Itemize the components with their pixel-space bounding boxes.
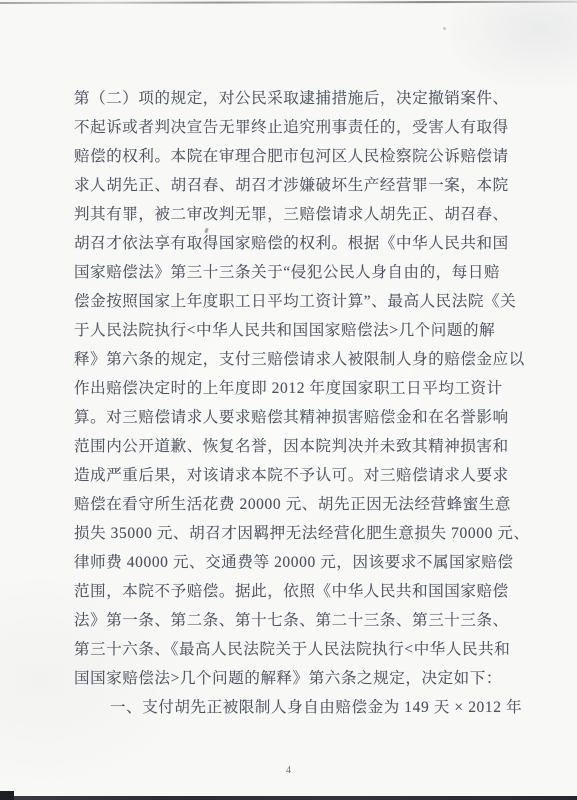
text-line: 判其有罪，被二审改判无罪，三赔偿请求人胡先正、胡召春、 <box>74 200 508 229</box>
text-line: 作出赔偿决定时的上年度即 2012 年度国家职工日平均工资计 <box>74 374 508 403</box>
text-line: 算。对三赔偿请求人要求赔偿其精神损害赔偿金和在名誉影响 <box>74 403 508 432</box>
text-line: 损失 35000 元、胡召才因羁押无法经营化肥生意损失 70000 元、 <box>74 519 508 548</box>
text-line: 赔偿的权利。本院在审理合肥市包河区人民检察院公诉赔偿请 <box>74 142 508 171</box>
page-number: 4 <box>0 765 577 776</box>
text-line: 律师费 40000 元、交通费等 20000 元，因该要求不属国家赔偿 <box>74 548 508 577</box>
document-body-text: 第（二）项的规定，对公民采取逮捕措施后，决定撤销案件、 不起诉或者判决宣告无罪终… <box>74 84 508 722</box>
text-line: 胡召才依法享有取得国家赔偿的权利。根据《中华人民共和国 <box>74 229 508 258</box>
text-line: 偿金按照国家上年度职工日平均工资计算”、最高人民法院《关 <box>74 287 508 316</box>
text-line: 造成严重后果，对该请求本院不予认可。对三赔偿请求人要求 <box>74 461 508 490</box>
scan-speck <box>443 27 446 30</box>
text-line: 不起诉或者判决宣告无罪终止追究刑事责任的，受害人有取得 <box>74 113 508 142</box>
text-line: 赔偿在看守所生活花费 20000 元、胡先正因无法经营蜂蜜生意 <box>74 490 508 519</box>
text-line: 第三十六条、《最高人民法院关于人民法院执行<中华人民共和 <box>74 635 508 664</box>
scan-corner-block <box>0 791 14 800</box>
text-line: 于人民法院执行<中华人民共和国国家赔偿法>几个问题的解 <box>74 316 508 345</box>
text-line: 释》第六条的规定，支付三赔偿请求人被限制人身的赔偿金应以 <box>74 345 508 374</box>
text-line-decision-item-1: 一、支付胡先正被限制人身自由赔偿金为 149 天 × 2012 年 <box>74 693 508 722</box>
text-line: 范围，本院不予赔偿。据此，依照《中华人民共和国国家赔偿 <box>74 577 508 606</box>
text-line: 第（二）项的规定，对公民采取逮捕措施后，决定撤销案件、 <box>74 84 508 113</box>
scan-edge-bottom-strip <box>0 796 577 800</box>
text-line: 法》第一条、第二条、第十七条、第二十三条、第三十三条、 <box>74 606 508 635</box>
text-line: 范围内公开道歉、恢复名誉，因本院判决并未致其精神损害和 <box>74 432 508 461</box>
text-line: 求人胡先正、胡召春、胡召才涉嫌破坏生产经营罪一案，本院 <box>74 171 508 200</box>
text-line: 国家赔偿法》第三十三条关于“侵犯公民人身自由的，每日赔 <box>74 258 508 287</box>
text-line: 国国家赔偿法>几个问题的解释》第六条之规定，决定如下： <box>74 664 508 693</box>
